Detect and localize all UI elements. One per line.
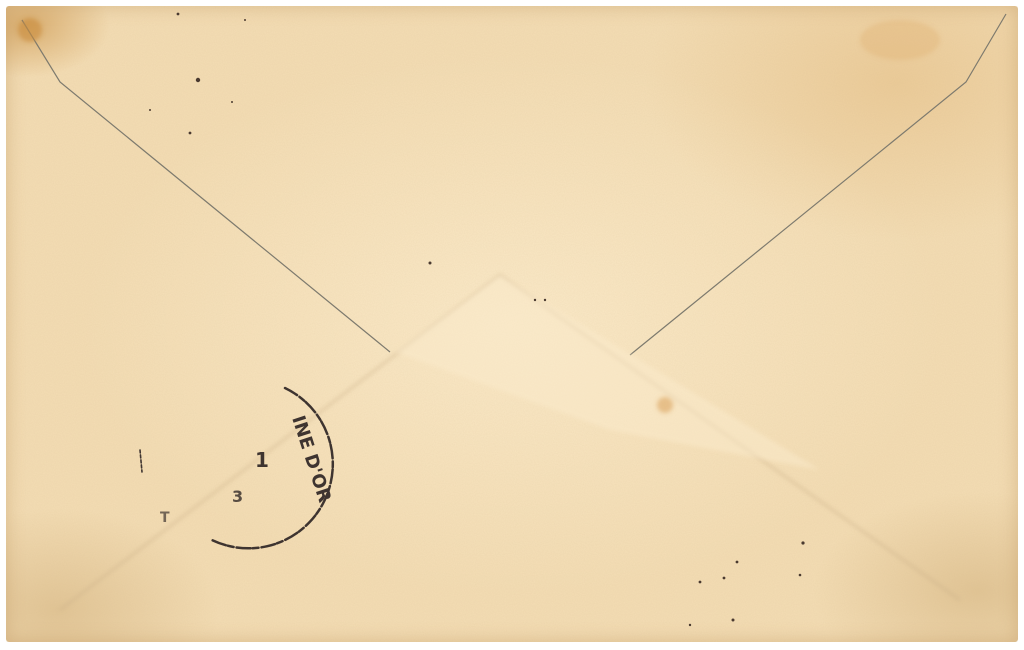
postmark-left-fragment: T: [160, 510, 170, 526]
postmark-digit-bottom: 3: [232, 487, 243, 506]
envelope-details: INE D'OR 1 3 T: [0, 0, 1024, 650]
postmark-digit-top: 1: [255, 448, 269, 472]
